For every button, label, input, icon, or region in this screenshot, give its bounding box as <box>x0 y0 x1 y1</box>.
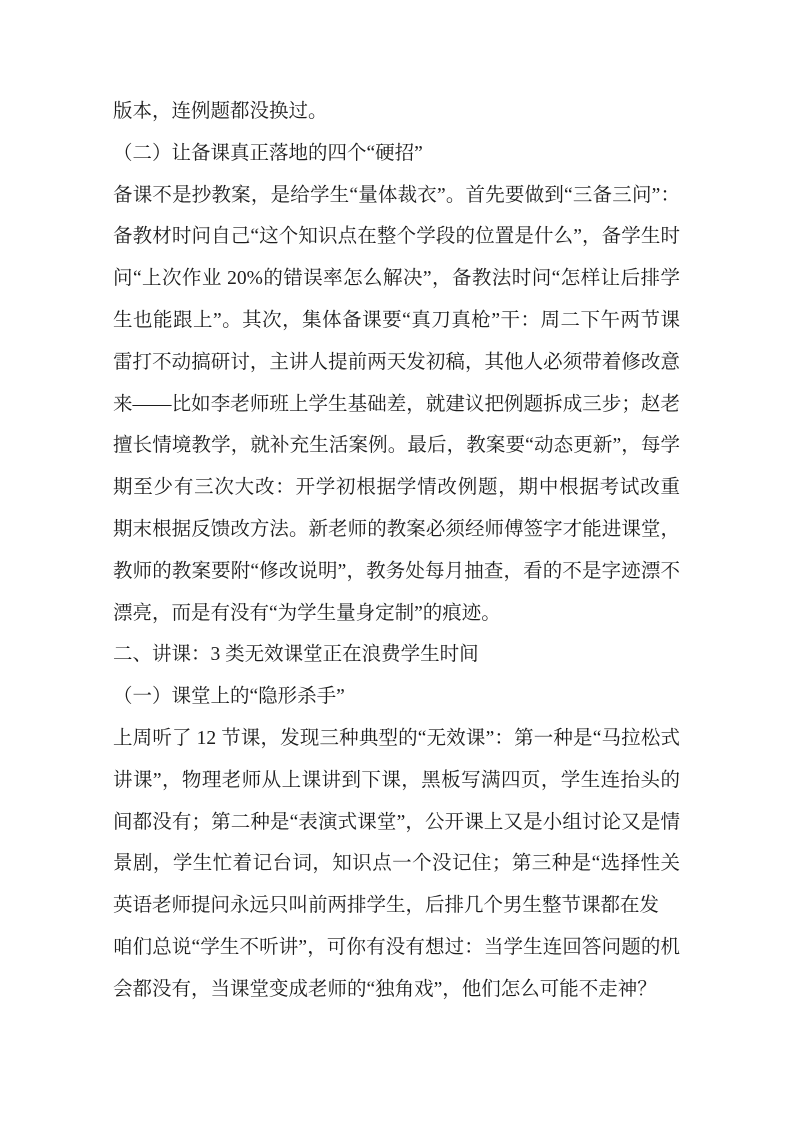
paragraph-lesson-prep: 备课不是抄教案，是给学生“量体裁衣”。首先要做到“三备三问”： 备教材时问自己“… <box>113 175 680 635</box>
text-line: 期末根据反馈改方法。新老师的教案必须经师傅签字才能进课堂，老 <box>113 509 680 551</box>
paragraph-ineffective-classes: 上周听了 12 节课，发现三种典型的“无效课”：第一种是“马拉松式 讲课”，物理… <box>113 718 680 927</box>
text-line: 景剧，学生忙着记台词，知识点一个没记住；第三种是“选择性关注”， <box>113 843 680 885</box>
text-line: 备教材时问自己“这个知识点在整个学段的位置是什么”，备学生时 <box>113 216 680 258</box>
text-line: 擅长情境教学，就补充生活案例。最后，教案要“动态更新”，每学 <box>113 425 680 467</box>
text-line: 期至少有三次大改：开学初根据学情改例题，期中根据考试改重点， <box>113 467 680 509</box>
paragraph-version-note: 版本，连例题都没换过。 <box>113 91 680 133</box>
text-line: 雷打不动搞研讨，主讲人提前两天发初稿，其他人必须带着修改意见 <box>113 342 680 384</box>
heading-four-measures: （二）让备课真正落地的四个“硬招” <box>113 133 680 175</box>
text-line: 讲课”，物理老师从上课讲到下课，黑板写满四页，学生连抬头的时 <box>113 760 680 802</box>
heading-line: （二）让备课真正落地的四个“硬招” <box>113 133 680 175</box>
text-line: 来——比如李老师班上学生基础差，就建议把例题拆成三步；赵老师 <box>113 384 680 426</box>
heading-line: 二、讲课：3 类无效课堂正在浪费学生时间 <box>113 634 680 676</box>
text-line: 会都没有，当课堂变成老师的“独角戏”，他们怎么可能不走神？ <box>113 969 680 1011</box>
text-line: 教师的教案要附“修改说明”，教务处每月抽查，看的不是字迹漂不 <box>113 551 680 593</box>
text-line: 咱们总说“学生不听讲”，可你有没有想过：当学生连回答问题的机 <box>113 927 680 969</box>
document-page: 版本，连例题都没换过。 （二）让备课真正落地的四个“硬招” 备课不是抄教案，是给… <box>0 0 793 1122</box>
text-line: 备课不是抄教案，是给学生“量体裁衣”。首先要做到“三备三问”： <box>113 175 680 217</box>
paragraph-monologue-question: 咱们总说“学生不听讲”，可你有没有想过：当学生连回答问题的机 会都没有，当课堂变… <box>113 927 680 1011</box>
heading-invisible-killer: （一）课堂上的“隐形杀手” <box>113 676 680 718</box>
text-line: 英语老师提问永远只叫前两排学生，后排几个男生整节课都在发呆。 <box>113 885 680 927</box>
text-line: 间都没有；第二种是“表演式课堂”，公开课上又是小组讨论又是情 <box>113 802 680 844</box>
text-line: 上周听了 12 节课，发现三种典型的“无效课”：第一种是“马拉松式 <box>113 718 680 760</box>
text-line: 生也能跟上”。其次，集体备课要“真刀真枪”干：周二下午两节课 <box>113 300 680 342</box>
text-line: 漂亮，而是有没有“为学生量身定制”的痕迹。 <box>113 593 680 635</box>
heading-line: （一）课堂上的“隐形杀手” <box>113 676 680 718</box>
heading-lecture-section: 二、讲课：3 类无效课堂正在浪费学生时间 <box>113 634 680 676</box>
text-line: 版本，连例题都没换过。 <box>113 91 680 133</box>
text-line: 问“上次作业 20%的错误率怎么解决”，备教法时问“怎样让后排学 <box>113 258 680 300</box>
